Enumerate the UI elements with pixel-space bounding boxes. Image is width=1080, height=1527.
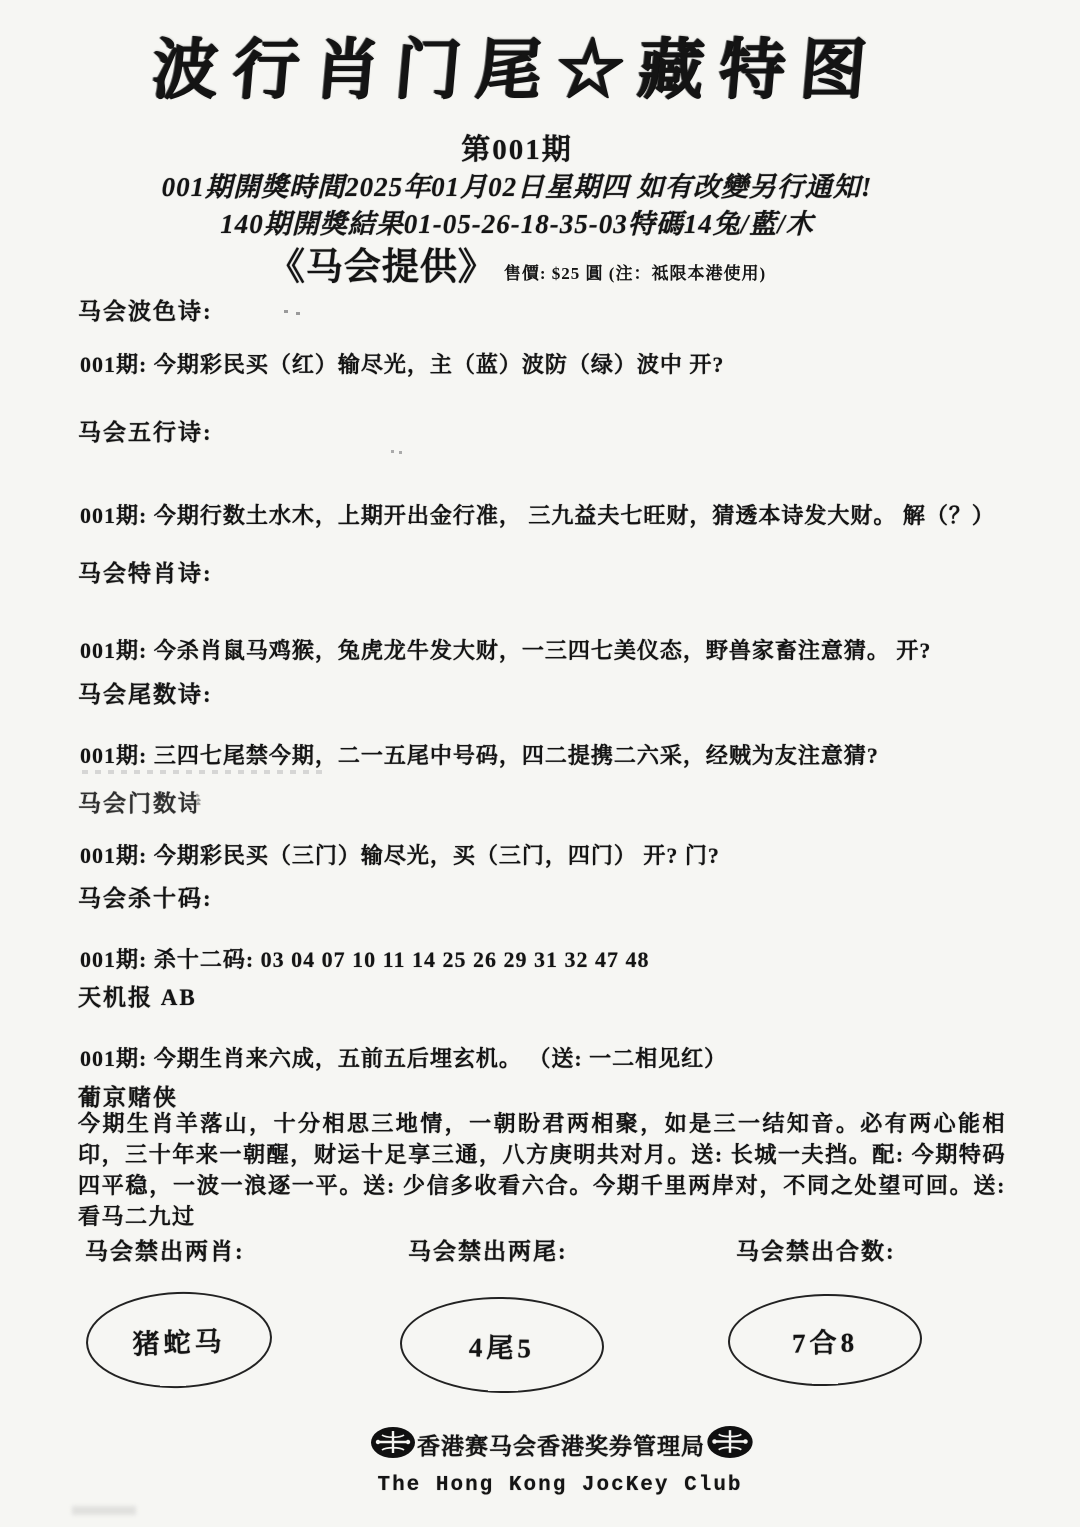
- draw-time-line: 001期開獎時間2025年01月02日星期四 如有改變另行通知!: [0, 165, 1034, 204]
- price-note: 售價: $25 圓 (注：祗限本港使用): [504, 264, 766, 283]
- provider-line: 《马会提供》售價: $25 圓 (注：祗限本港使用): [0, 236, 1034, 290]
- forbidden-zodiac-oval: 猪蛇马: [84, 1289, 273, 1391]
- oval-gap-artifact: [812, 1376, 838, 1384]
- scan-artifact: [399, 451, 402, 454]
- section-content-texiao: 001期: 今杀肖鼠马鸡猴，兔虎龙牛发大财，一三四七美仪态，野兽家畜注意猜。 开…: [80, 634, 931, 665]
- forbidden-sum-label: 马会禁出合数:: [736, 1233, 896, 1266]
- section-content-weishu: 001期: 三四七尾禁今期，二一五尾中号码，四二提携二六采，经贼为友注意猜?: [80, 739, 879, 770]
- footer-org-en: The Hong Kong JocKey Club: [377, 1474, 742, 1497]
- scan-artifact: [391, 450, 394, 453]
- section-content-menshu: 001期: 今期彩民买（三门）输尽光，买（三门，四门） 开? 门?: [80, 839, 720, 870]
- section-content-bose: 001期: 今期彩民买（红）输尽光，主（蓝）波防（绿）波中 开?: [80, 348, 724, 379]
- section-heading-weishu: 马会尾数诗:: [78, 676, 213, 709]
- hkjc-emblem-icon: [370, 1426, 416, 1464]
- provider-title: 《马会提供》: [268, 247, 496, 288]
- issue-heading: 第001期: [0, 127, 1034, 168]
- scan-artifact: [72, 1506, 136, 1515]
- forbidden-sum-value: 7合8: [792, 1320, 859, 1360]
- forbidden-tail-label: 马会禁出两尾:: [408, 1233, 568, 1266]
- section-heading-wuxing: 马会五行诗:: [78, 414, 213, 447]
- page-title: 波行肖门尾☆藏特图: [0, 16, 1038, 111]
- hkjc-emblem-icon: [706, 1425, 754, 1464]
- section-content-tianji: 001期: 今期生肖来六成，五前五后埋玄机。 （送: 一二相见红）: [80, 1042, 727, 1073]
- lottery-tip-sheet-page: 波行肖门尾☆藏特图 第001期 001期開獎時間2025年01月02日星期四 如…: [0, 0, 1080, 1527]
- oval-gap-artifact: [488, 1383, 518, 1391]
- section-heading-bose: 马会波色诗:: [78, 293, 213, 326]
- footer-org-cn: 香港赛马会香港奖券管理局: [417, 1428, 705, 1461]
- scan-artifact: [82, 770, 322, 774]
- footer-org-row: 香港赛马会香港奖券管理局: [370, 1425, 754, 1464]
- section-heading-tianji: 天机报 AB: [78, 979, 197, 1012]
- oval-gap-artifact: [160, 1378, 186, 1386]
- section-heading-shama: 马会杀十码:: [78, 880, 213, 913]
- scan-artifact: [284, 310, 288, 313]
- section-heading-texiao: 马会特肖诗:: [78, 555, 213, 588]
- section-content-shama: 001期: 杀十二码: 03 04 07 10 11 14 25 26 29 3…: [80, 943, 649, 974]
- section-content-wuxing: 001期: 今期行数土水木，上期开出金行准， 三九益夫七旺财，猜透本诗发大财。 …: [80, 499, 995, 530]
- forbidden-tail-value: 4尾5: [469, 1325, 536, 1365]
- forbidden-sum-oval: 7合8: [727, 1292, 923, 1387]
- section-content-pujing: 今期生肖羊落山，十分相思三地情，一朝盼君两相聚，如是三一结知音。必有两心能相印，…: [78, 1108, 1006, 1232]
- forbidden-tail-oval: 4尾5: [399, 1295, 605, 1395]
- forbidden-zodiac-label: 马会禁出两肖:: [85, 1233, 245, 1266]
- section-heading-menshu: 马会门数诗: [78, 785, 203, 818]
- scan-artifact: [296, 312, 300, 315]
- forbidden-zodiac-value: 猪蛇马: [132, 1319, 226, 1361]
